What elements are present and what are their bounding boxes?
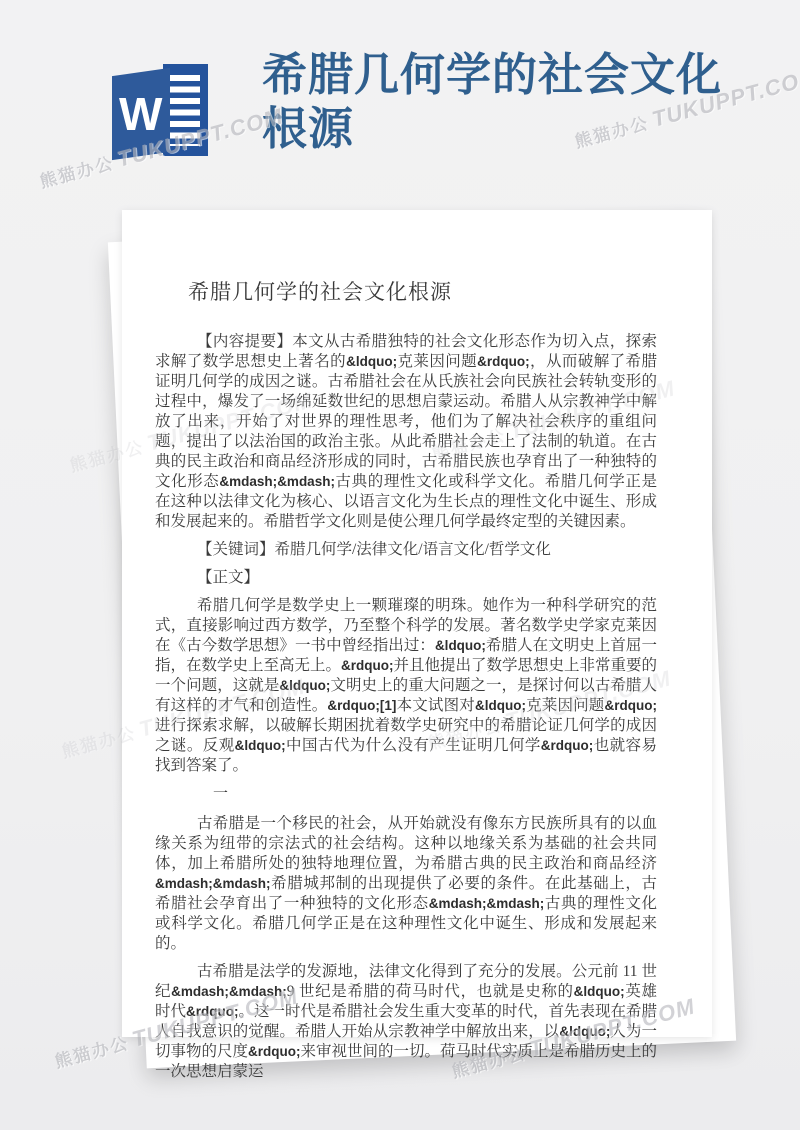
entity-code: &rdquo; [477,354,529,369]
watermark: 熊猫办公 TUKUPPT.COM [0,0,216,12]
document-preview-page: W 希腊几何学的社会文化根源 希腊几何学的社会文化根源 【内容提要】本文从古希腊… [0,0,800,1130]
paragraph-body: 古希腊是一个移民的社会，从开始就没有像东方民族所具有的以血缘关系为纽带的宗法式的… [155,814,657,954]
entity-code: &mdash; [429,896,487,911]
entity-code: &mdash; [213,876,271,891]
entity-code: &mdash; [219,474,277,489]
entity-code: [1] [380,698,397,713]
entity-code: &rdquo; [327,698,379,713]
document-page: 希腊几何学的社会文化根源 【内容提要】本文从古希腊独特的社会文化形态作为切入点，… [122,210,712,1037]
entity-code: &ldquo; [574,984,625,999]
entity-code: &mdash; [155,876,213,891]
entity-code: &ldquo; [235,738,286,753]
entity-code: &rdquo; [248,1044,300,1059]
entity-code: &mdash; [277,474,335,489]
entity-code: &rdquo; [341,658,393,673]
paragraph-keywords: 【关键词】希腊几何学/法律文化/语言文化/哲学文化 [155,540,657,560]
paragraph-section: 一 [155,784,657,804]
word-icon-letter: W [119,91,162,137]
watermark-brand: 熊猫办公 [38,154,116,192]
entity-code: &mdash; [171,984,229,999]
entity-code: &ldquo; [346,354,397,369]
document-title: 希腊几何学的社会文化根源 [188,276,657,306]
entity-code: &mdash; [487,896,545,911]
watermark-brand: 熊猫办公 [53,1034,131,1072]
paragraph-label: 【正文】 [155,568,657,588]
paragraph-body: 希腊几何学是数学史上一颗璀璨的明珠。她作为一种科学研究的范式，直接影响过西方数学… [155,596,657,776]
watermark-brand: 熊猫办公 [0,0,46,10]
page-title: 希腊几何学的社会文化根源 [262,48,732,156]
entity-code: &rdquo; [541,738,593,753]
entity-code: &ldquo; [435,638,486,653]
